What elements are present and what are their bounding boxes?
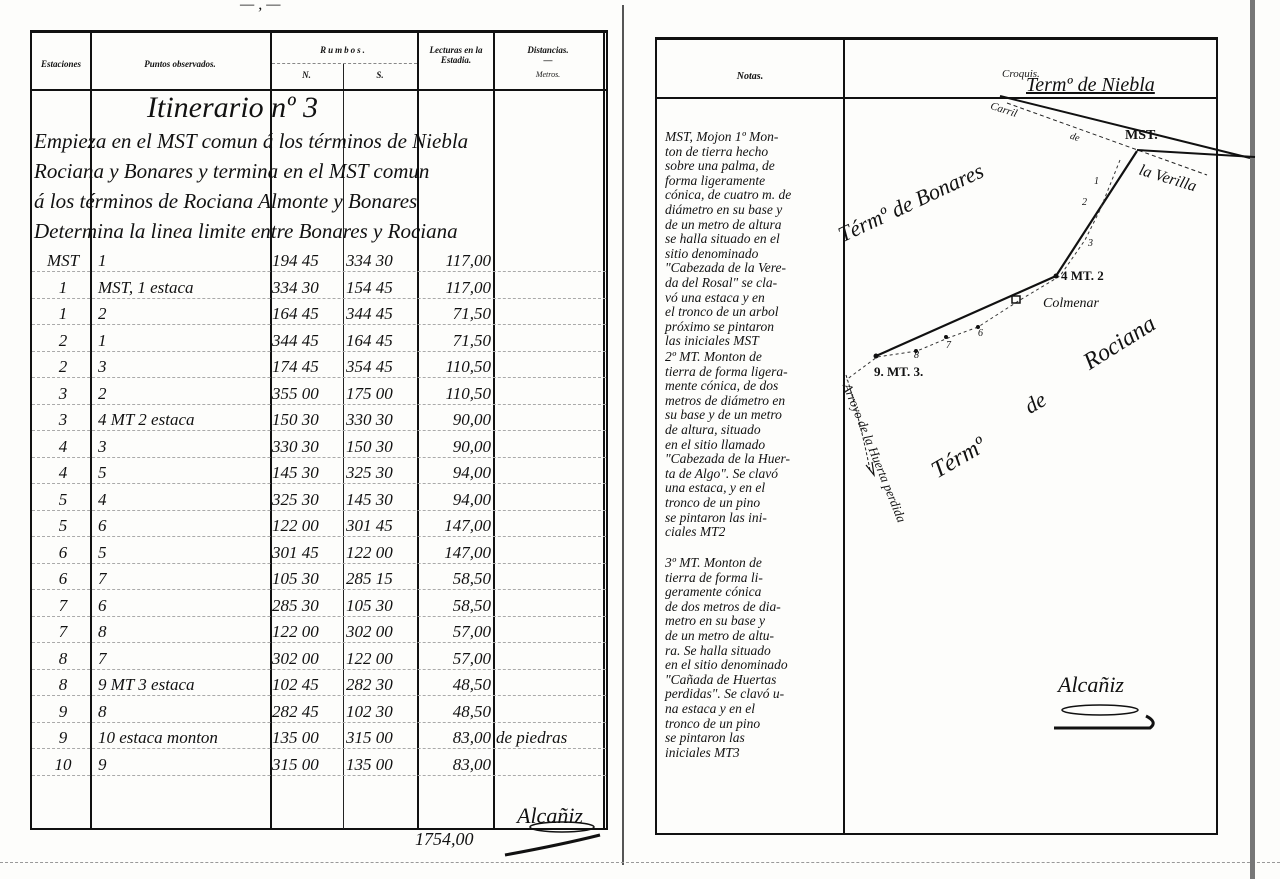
label-point-6: 6 — [978, 328, 983, 339]
label-point-8: 8 — [914, 350, 919, 361]
label-point-7: 7 — [946, 340, 951, 351]
label-niebla: Termº de Niebla — [1026, 74, 1155, 97]
label-point-3: 3 — [1088, 238, 1093, 249]
croquis-sketch — [0, 0, 1280, 879]
label-mt3: 9. MT. 3. — [874, 364, 923, 380]
signature-flourish-right — [1050, 700, 1160, 740]
signature-right: Alcañiz — [1058, 672, 1124, 698]
road-line — [1000, 96, 1250, 158]
label-mst: MST. — [1125, 128, 1158, 144]
label-point-2: 2 — [1082, 197, 1087, 208]
label-point-1: 1 — [1094, 176, 1099, 187]
label-colmenar: Colmenar — [1043, 296, 1099, 312]
label-mt2: 4 MT. 2 — [1061, 268, 1104, 284]
colmenar-icon — [1012, 296, 1020, 303]
